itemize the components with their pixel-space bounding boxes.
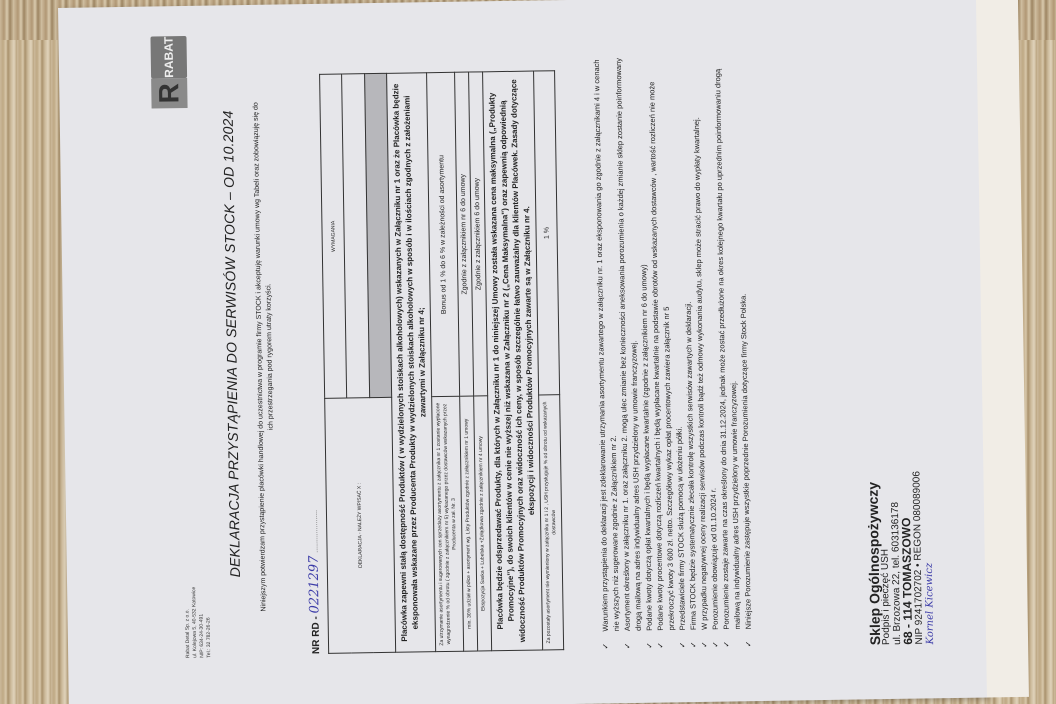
requirements-table: DEKLARACJA - NALEŻY WPISAĆ X : WYMAGANIA… [319,70,564,654]
nr-rd-dots: ...................... [312,510,320,553]
shop-stamp: Sklep Ogólnospożywczy Podpis i pieczęć U… [867,471,936,645]
declaration-header: DEKLARACJA - NALEŻY WPISAĆ X : [325,398,396,654]
logo-letter: R [151,78,187,109]
nr-rd-field: NR RD - 0221297 ...................... [306,510,323,654]
check-icon: ✓ [644,642,655,649]
intro-text: Niniejszym potwierdzam przystąpienie pla… [251,97,279,617]
check-icon: ✓ [721,641,732,648]
condition-cell: Za utrzymanie asortymentu i sugerowanych… [432,396,464,651]
check-icon: ✓ [677,641,688,648]
check-icon: ✓ [622,642,633,649]
nr-rd-handwritten-value: 0221297 [307,555,323,613]
conditions-list: ✓Warunkiem przystąpienia do deklaracji j… [591,47,754,649]
document-title: DEKLARACJA PRZYSTĄPIENIA DO SERWISÓW STO… [220,110,243,577]
check-icon: ✓ [710,641,721,648]
company-address: Rabat Detal Sp. z o.o. ul. Kolejowa 5, 4… [184,586,213,658]
benefit-cell: 1 % [534,71,560,396]
check-icon: ✓ [600,643,611,650]
check-icon: ✓ [688,641,699,648]
nr-rd-label: NR RD - [311,616,323,654]
rabat-logo: R RABAT [150,36,187,79]
handwritten-signature: Kornel Kicewicz [922,471,936,645]
check-icon: ✓ [655,642,666,649]
condition-cell: Za pozostały asortyment nie wymieniony w… [539,395,564,650]
rotated-document-content: R RABAT Rabat Detal Sp. z o.o. ul. Kolej… [90,6,980,680]
check-icon: ✓ [699,641,710,648]
page-edge [976,0,1029,697]
check-icon: ✓ [743,640,754,647]
logo-brand: RABAT [161,37,176,78]
company-line: Tel.: 32 782-26-26 [205,586,213,657]
promo-requirement-cell: Placówka będzie odsprzedawać Produkty, d… [483,71,543,651]
document-page: R RABAT Rabat Detal Sp. z o.o. ul. Kolej… [58,0,989,704]
